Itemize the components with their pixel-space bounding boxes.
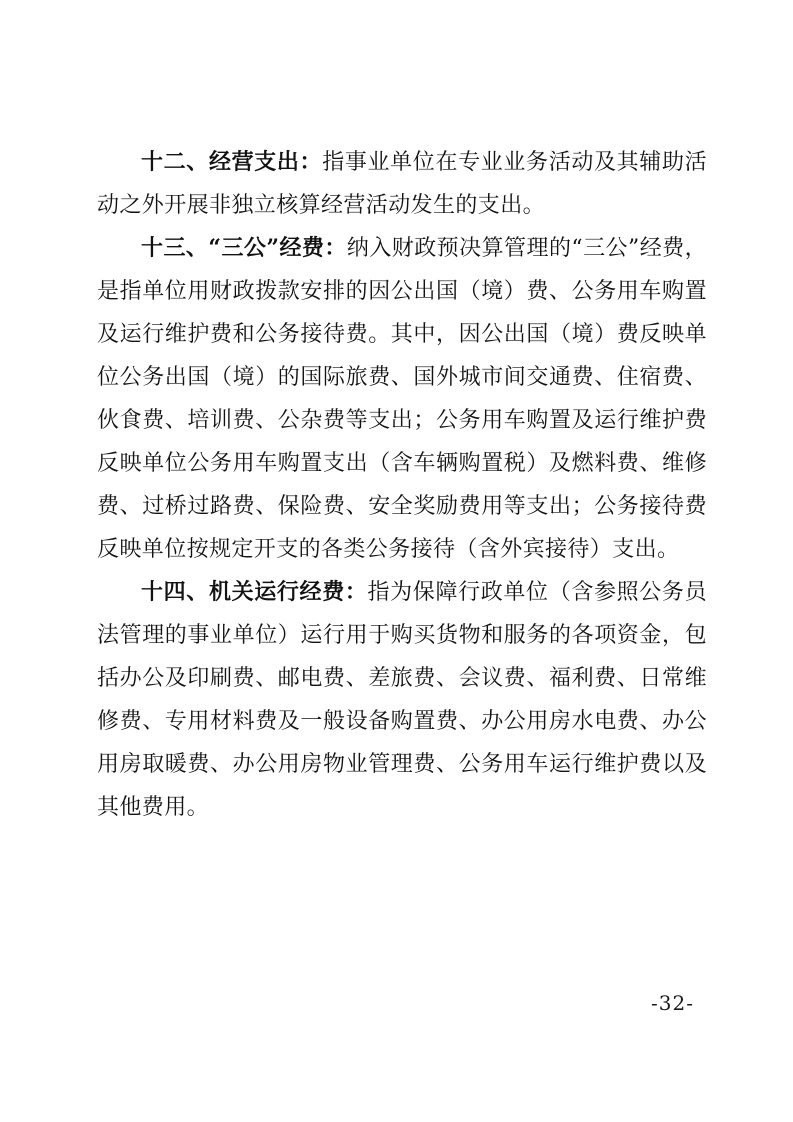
document-page: 十二、经营支出：指事业单位在专业业务活动及其辅助活动之外开展非独立核算经营活动发… <box>0 0 793 1122</box>
page-number: -32- <box>651 991 694 1015</box>
paragraph-heading: 十三、“三公”经费： <box>141 235 347 261</box>
document-text-block: 十二、经营支出：指事业单位在专业业务活动及其辅助活动之外开展非独立核算经营活动发… <box>97 141 707 829</box>
paragraph: 十二、经营支出：指事业单位在专业业务活动及其辅助活动之外开展非独立核算经营活动发… <box>97 141 707 227</box>
paragraph-heading: 十四、机关运行经费： <box>141 579 368 605</box>
paragraph: 十三、“三公”经费：纳入财政预决算管理的“三公”经费，是指单位用财政拨款安排的因… <box>97 227 707 571</box>
paragraph-body: 纳入财政预决算管理的“三公”经费，是指单位用财政拨款安排的因公出国（境）费、公务… <box>97 236 707 562</box>
paragraph-heading: 十二、经营支出： <box>141 149 322 175</box>
paragraph-body: 指为保障行政单位（含参照公务员法管理的事业单位）运行用于购买货物和服务的各项资金… <box>97 580 707 820</box>
paragraph: 十四、机关运行经费：指为保障行政单位（含参照公务员法管理的事业单位）运行用于购买… <box>97 571 707 829</box>
